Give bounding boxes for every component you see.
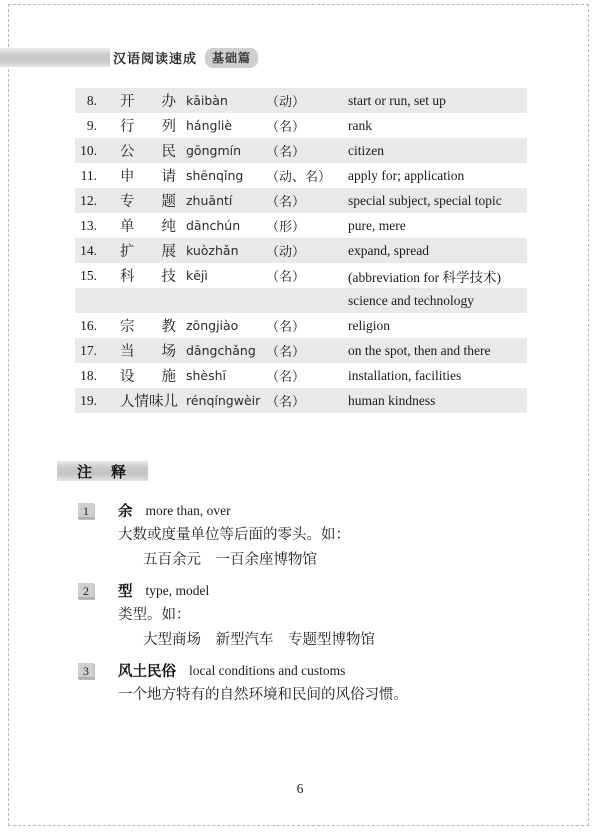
notes-section-title: 注 释 — [77, 461, 128, 482]
row-pos: （名） — [266, 316, 348, 335]
note-head: 3风土民俗local conditions and customs — [78, 658, 528, 683]
row-english: expand, spread — [348, 243, 527, 259]
row-english: pure, mere — [348, 218, 527, 234]
note-item: 1余more than, over大数或度量单位等后面的零头。如：五百余元 一百… — [78, 498, 528, 573]
note-item: 3风土民俗local conditions and customs一个地方特有的… — [78, 658, 528, 708]
note-number-box: 3 — [78, 663, 94, 679]
vocab-row: 16.宗教zōngjiào（名）religion — [75, 313, 527, 338]
note-line: 大数或度量单位等后面的零头。如： — [118, 523, 528, 548]
series-badge: 基础篇 — [205, 48, 258, 68]
row-number: 11. — [75, 168, 97, 184]
row-english: citizen — [348, 143, 527, 159]
row-english: (abbreviation for 科学技术) — [348, 266, 527, 286]
vocab-row: 11.申请shēnqǐng（动、名）apply for; application — [75, 163, 527, 188]
vocab-row: 12.专题zhuāntí（名）special subject, special … — [75, 188, 527, 213]
row-pos: （名） — [266, 266, 348, 285]
note-gloss: more than, over — [146, 503, 231, 519]
row-hanzi: 专题 — [120, 190, 176, 211]
row-pinyin: shèshī — [186, 368, 266, 383]
row-number: 12. — [75, 193, 97, 209]
row-hanzi: 设施 — [120, 365, 176, 386]
vocab-row: 14.扩展kuòzhǎn（动）expand, spread — [75, 238, 527, 263]
row-pos: （名） — [266, 366, 348, 385]
page-number: 6 — [0, 781, 600, 797]
row-number: 8. — [75, 93, 97, 109]
row-hanzi: 当场 — [120, 340, 176, 361]
row-hanzi: 宗教 — [120, 315, 176, 336]
note-line: 五百余元 一百余座博物馆 — [143, 548, 528, 573]
header-decoration-bar — [0, 48, 110, 67]
row-pinyin: dānchún — [186, 218, 266, 233]
row-english: special subject, special topic — [348, 193, 527, 209]
row-pinyin: zhuāntí — [186, 193, 266, 208]
note-term: 风土民俗 — [118, 660, 176, 681]
row-hanzi: 行列 — [120, 115, 176, 136]
note-gloss: local conditions and customs — [189, 663, 345, 679]
row-english: religion — [348, 318, 527, 334]
vocab-row: 19.人情味儿rénqíngwèir（名）human kindness — [75, 388, 527, 413]
row-pos: （名） — [266, 191, 348, 210]
row-hanzi: 扩展 — [120, 240, 176, 261]
row-pos: （动） — [266, 241, 348, 260]
row-number: 13. — [75, 218, 97, 234]
note-number-box: 2 — [78, 583, 94, 599]
row-english: apply for; application — [348, 168, 527, 184]
row-pinyin: rénqíngwèir — [186, 393, 266, 408]
vocabulary-table: 8.开办kāibàn（动）start or run, set up9.行列hán… — [75, 88, 527, 413]
book-page: 汉语阅读速成 基础篇 8.开办kāibàn（动）start or run, se… — [0, 0, 600, 836]
row-number: 17. — [75, 343, 97, 359]
row-pos: （形） — [266, 216, 348, 235]
row-number: 10. — [75, 143, 97, 159]
vocab-row: 18.设施shèshī（名）installation, facilities — [75, 363, 527, 388]
row-pinyin: kējì — [186, 268, 266, 283]
row-english: start or run, set up — [348, 93, 527, 109]
note-line: 大型商场 新型汽车 专题型博物馆 — [143, 628, 528, 653]
row-pos: （名） — [266, 391, 348, 410]
row-pinyin: dāngchǎng — [186, 343, 266, 358]
row-hanzi: 科技 — [120, 265, 176, 286]
row-english: installation, facilities — [348, 368, 527, 384]
book-title: 汉语阅读速成 — [113, 48, 197, 67]
row-english: human kindness — [348, 393, 527, 409]
vocab-row: science and technology — [75, 288, 527, 313]
note-item: 2型type, model类型。如：大型商场 新型汽车 专题型博物馆 — [78, 578, 528, 653]
note-line: 一个地方特有的自然环境和民间的风俗习惯。 — [118, 683, 528, 708]
row-pos: （名） — [266, 341, 348, 360]
row-pinyin: shēnqǐng — [186, 168, 266, 183]
row-english: on the spot, then and there — [348, 343, 527, 359]
row-number: 16. — [75, 318, 97, 334]
row-number: 18. — [75, 368, 97, 384]
note-gloss: type, model — [146, 583, 210, 599]
row-pinyin: kuòzhǎn — [186, 243, 266, 258]
row-hanzi: 开办 — [120, 90, 176, 111]
note-head: 1余more than, over — [78, 498, 528, 523]
notes-list: 1余more than, over大数或度量单位等后面的零头。如：五百余元 一百… — [78, 498, 528, 713]
row-number: 15. — [75, 268, 97, 284]
vocab-row: 13.单纯dānchún（形）pure, mere — [75, 213, 527, 238]
vocab-row: 8.开办kāibàn（动）start or run, set up — [75, 88, 527, 113]
vocab-row: 17.当场dāngchǎng（名）on the spot, then and t… — [75, 338, 527, 363]
row-english: science and technology — [348, 293, 527, 309]
vocab-row: 15.科技kējì（名）(abbreviation for 科学技术) — [75, 263, 527, 288]
row-pos: （动、名） — [266, 166, 348, 185]
row-pinyin: gōngmín — [186, 143, 266, 158]
row-number: 14. — [75, 243, 97, 259]
row-hanzi: 单纯 — [120, 215, 176, 236]
row-number: 9. — [75, 118, 97, 134]
row-pos: （动） — [266, 91, 348, 110]
row-hanzi: 申请 — [120, 165, 176, 186]
row-english: rank — [348, 118, 527, 134]
row-hanzi: 公民 — [120, 140, 176, 161]
note-head: 2型type, model — [78, 578, 528, 603]
row-pos: （名） — [266, 116, 348, 135]
vocab-row: 10.公民gōngmín（名）citizen — [75, 138, 527, 163]
page-header: 汉语阅读速成 基础篇 — [113, 48, 258, 67]
note-term: 余 — [118, 500, 133, 521]
notes-section-header: 注 释 — [57, 461, 148, 481]
row-pinyin: zōngjiào — [186, 318, 266, 333]
note-line: 类型。如： — [118, 603, 528, 628]
note-number-box: 1 — [78, 503, 94, 519]
row-number: 19. — [75, 393, 97, 409]
row-hanzi: 人情味儿 — [120, 390, 176, 411]
row-pos: （名） — [266, 141, 348, 160]
row-pinyin: hángliè — [186, 118, 266, 133]
vocab-row: 9.行列hángliè（名）rank — [75, 113, 527, 138]
note-term: 型 — [118, 580, 133, 601]
row-pinyin: kāibàn — [186, 93, 266, 108]
